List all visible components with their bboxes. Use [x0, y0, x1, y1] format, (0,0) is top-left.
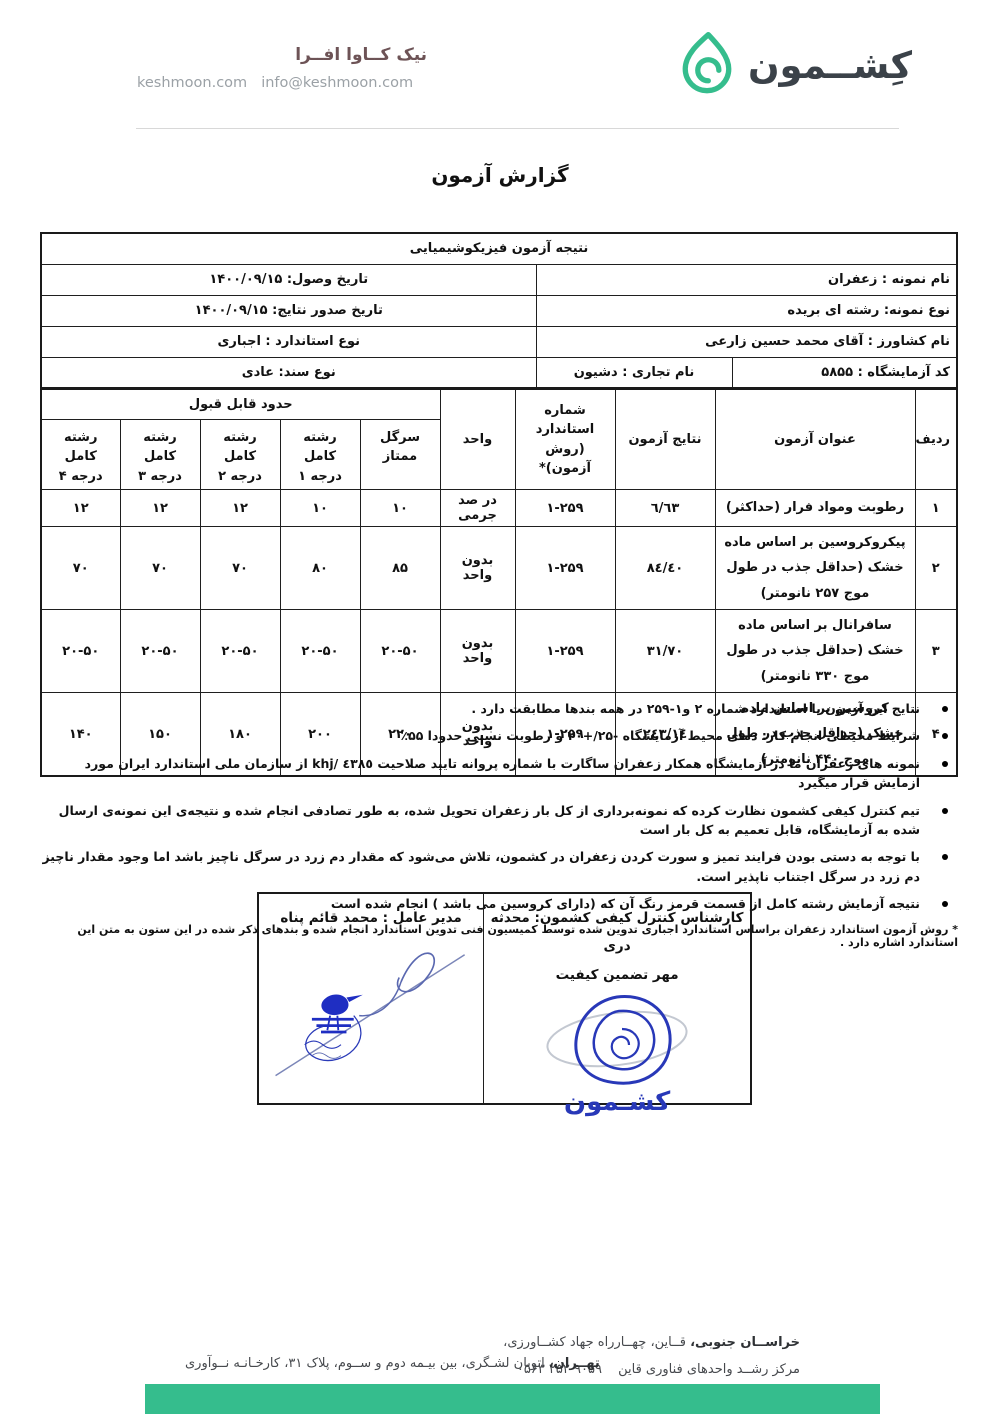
bullet-icon	[942, 808, 948, 814]
col-grade-premium: سرگل ممتاز	[360, 419, 440, 490]
limit-grade-1: ۱۰	[280, 490, 360, 527]
trade-name: نام تجاری : دشیون	[536, 357, 732, 388]
limit-grade-4: ۷۰	[41, 527, 120, 610]
limit-grade-2: ۲۰-۵۰	[200, 610, 280, 693]
bullet-icon	[942, 901, 948, 907]
lab-code: کد آزمایشگاه : ۵۸۵۵	[732, 357, 957, 388]
col-unit: واحد	[440, 389, 515, 490]
footer-city-bold: تهــران،	[549, 1356, 600, 1371]
note-text: تیم کنترل کیفی کشمون نظارت کرده که نمونه…	[42, 801, 920, 840]
bullet-icon	[942, 706, 948, 712]
limit-grade-3: ۷۰	[120, 527, 200, 610]
limit-grade-2: ۷۰	[200, 527, 280, 610]
footer-incubator: مرکز رشــد واحدهای فناوری قاین	[618, 1362, 800, 1377]
note-text: نتایج این آزمون با استاندارد شماره ۲ و۱-…	[471, 699, 920, 718]
farmer-name: نام کشاورز : آقای محمد حسین زارعی	[536, 326, 957, 357]
test-result: ٨٤/٤٠	[615, 527, 715, 610]
bullet-icon	[942, 854, 948, 860]
signature-table: کارشناس کنترل کیفی کشمون: محدثه دری مهر …	[257, 892, 752, 1105]
standard-no: ۱-۲۵۹	[515, 490, 615, 527]
row-no: ۲	[915, 527, 957, 610]
footer-city-rest: اتوبان لشـگری، بین بیـمه دوم و ســوم، پل…	[185, 1356, 549, 1371]
footer-region-rest: قــاین، چهــارراه جهاد کشــاورزی،	[503, 1335, 690, 1350]
col-test-title: عنوان آزمون	[715, 389, 915, 490]
test-row-picrocrocin: ۲ پیکروکروسین بر اساس ماده خشک (حداقل جذ…	[41, 527, 957, 610]
limit-grade-3: ۱۲	[120, 490, 200, 527]
receipt-date: تاریخ وصول: ۱۴۰۰/۰۹/۱۵	[41, 264, 536, 295]
note-item: شرایط محیطی انجام کار: دمای محیط آزمایشگ…	[42, 726, 958, 745]
standard-type: نوع استاندارد : اجباری	[41, 326, 536, 357]
note-text: با توجه به دستی بودن فرایند تمیز و سورت …	[42, 847, 920, 886]
partner-name: نیک کــاوا افــرا	[137, 45, 427, 65]
standard-no: ۱-۲۵۹	[515, 527, 615, 610]
qc-signature-cell: کارشناس کنترل کیفی کشمون: محدثه دری مهر …	[483, 894, 750, 1103]
col-grade-3: رشته کامل درجه ۳	[120, 419, 200, 490]
quality-stamp-seal	[484, 991, 750, 1099]
keshmoon-logo: کِشــمون	[678, 30, 912, 100]
col-grade-4: رشته کامل درجه ۴	[41, 419, 120, 490]
sample-name: نام نمونه : زعفران	[536, 264, 957, 295]
qc-expert-title: کارشناس کنترل کیفی کشمون: محدثه دری	[484, 904, 750, 961]
col-standard: شماره استاندارد (روش آزمون)*	[515, 389, 615, 490]
col-grade-1: رشته کامل درجه ۱	[280, 419, 360, 490]
header-divider	[136, 128, 899, 129]
col-row-no: ردیف	[915, 389, 957, 490]
doc-type: نوع سند: عادی	[41, 357, 536, 388]
ceo-signature-cell: مدیر عامل : محمد قائم پناه	[259, 894, 483, 1103]
footer-region-bold: خراســان جنوبی،	[690, 1335, 800, 1350]
limit-grade-1: ۸۰	[280, 527, 360, 610]
bullet-icon	[942, 733, 948, 739]
col-limits: حدود قابل قبول	[41, 389, 440, 419]
unit: در صد جرمی	[440, 490, 515, 527]
ceo-title: مدیر عامل : محمد قائم پناه	[259, 904, 483, 932]
limit-grade-1: ۲۰-۵۰	[280, 610, 360, 693]
limit-grade-4: ۱۲	[41, 490, 120, 527]
report-page: کِشــمون نیک کــاوا افــرا keshmoon.comi…	[0, 0, 1000, 1414]
sample-info-table: نتیجه آزمون فیزیکوشیمیایی نام نمونه : زع…	[40, 232, 958, 389]
qc-stamp-caption: مهر تضمین کیفیت	[484, 961, 750, 989]
note-item: تیم کنترل کیفی کشمون نظارت کرده که نمونه…	[42, 801, 958, 840]
sample-type: نوع نمونه: رشته ای بریده	[536, 295, 957, 326]
test-row-moisture: ۱ رطوبت ومواد فرار (حداکثر) ٦/٦٣ ۱-۲۵۹ د…	[41, 490, 957, 527]
ceo-signature-scribble	[259, 932, 483, 1086]
page-title: گزارش آزمون	[0, 163, 1000, 187]
col-grade-2: رشته کامل درجه ۲	[200, 419, 280, 490]
unit: بدون واحد	[440, 527, 515, 610]
standard-no: ۱-۲۵۹	[515, 610, 615, 693]
test-title: رطوبت ومواد فرار (حداکثر)	[715, 490, 915, 527]
report-body: نتیجه آزمون فیزیکوشیمیایی نام نمونه : زع…	[42, 232, 958, 777]
note-item: نتایج این آزمون با استاندارد شماره ۲ و۱-…	[42, 699, 958, 718]
limit-premium: ۲۰-۵۰	[360, 610, 440, 693]
email-link[interactable]: info@keshmoon.com	[261, 75, 413, 91]
footer-tehran-address: تهــران، اتوبان لشـگری، بین بیـمه دوم و …	[185, 1356, 600, 1371]
note-text: نمونه های زعفران ما در آزمایشگاه همکار ز…	[42, 754, 920, 793]
bullet-icon	[942, 761, 948, 767]
partner-block: نیک کــاوا افــرا keshmoon.cominfo@keshm…	[137, 45, 427, 91]
note-item: نمونه های زعفران ما در آزمایشگاه همکار ز…	[42, 754, 958, 793]
test-result: ٦/٦٣	[615, 490, 715, 527]
row-no: ۱	[915, 490, 957, 527]
note-item: با توجه به دستی بودن فرایند تمیز و سورت …	[42, 847, 958, 886]
limit-grade-2: ۱۲	[200, 490, 280, 527]
issue-date: تاریخ صدور نتایج: ۱۴۰۰/۰۹/۱۵	[41, 295, 536, 326]
limit-premium: ۱۰	[360, 490, 440, 527]
col-result: نتایج آزمون	[615, 389, 715, 490]
contact-line: keshmoon.cominfo@keshmoon.com	[137, 75, 427, 91]
footer-green-bar	[145, 1384, 880, 1414]
limit-grade-4: ۲۰-۵۰	[41, 610, 120, 693]
test-title: پیکروکروسین بر اساس ماده خشک (حداقل جذب …	[715, 527, 915, 610]
section-title: نتیجه آزمون فیزیکوشیمیایی	[41, 233, 957, 264]
test-row-safranal: ۳ سافرانال بر اساس ماده خشک (حداقل جذب د…	[41, 610, 957, 693]
website-link[interactable]: keshmoon.com	[137, 75, 247, 91]
unit: بدون واحد	[440, 610, 515, 693]
note-text: شرایط محیطی انجام کار: دمای محیط آزمایشگ…	[400, 726, 920, 745]
test-result: ٣١/٧٠	[615, 610, 715, 693]
limit-grade-3: ۲۰-۵۰	[120, 610, 200, 693]
row-no: ۳	[915, 610, 957, 693]
logo-wordmark: کِشــمون	[748, 44, 912, 87]
limit-premium: ۸۵	[360, 527, 440, 610]
test-title: سافرانال بر اساس ماده خشک (حداقل جذب در …	[715, 610, 915, 693]
leaf-droplet-icon	[678, 30, 736, 100]
